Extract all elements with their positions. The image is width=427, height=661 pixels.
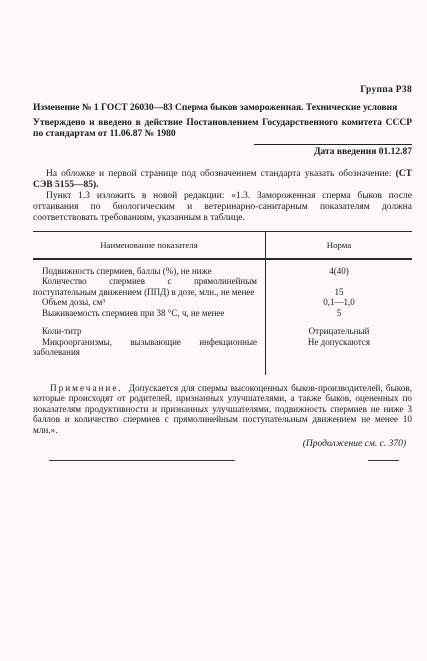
- row-value: 15: [266, 276, 412, 297]
- approval-statement: Утверждено и введено в действие Постанов…: [33, 118, 412, 140]
- table-row: Подвижность спермиев, баллы (%), не ниже…: [33, 260, 412, 277]
- row-value: 5: [266, 308, 412, 319]
- footer-rules: [33, 460, 412, 464]
- footer-rule-long: [49, 460, 235, 461]
- table-row: Объем дозы, см³ 0,1—1,0: [33, 297, 412, 308]
- table-row: Микроорганизмы, вызывающие инфекционные …: [33, 337, 412, 375]
- paragraph-clause-1-3: Пункт 1.3 изложить в новой редакции: «1.…: [33, 191, 412, 224]
- row-label: Подвижность спермиев, баллы (%), не ниже: [33, 260, 266, 277]
- page-content: Группа Р38 Изменение № 1 ГОСТ 26030—83 С…: [33, 85, 412, 464]
- row-value: Не допускаются: [266, 337, 412, 375]
- continuation-reference: (Продолжение см. с. 370): [33, 439, 412, 450]
- paragraph-designation: На обложке и первой странице под обознач…: [33, 169, 412, 191]
- paragraph-designation-text: На обложке и первой странице под обознач…: [46, 169, 396, 179]
- footer-rule-short: [368, 460, 399, 461]
- note-paragraph: Примечание.Допускается для спермы высоко…: [33, 383, 412, 436]
- scanned-document-page: Группа Р38 Изменение № 1 ГОСТ 26030—83 С…: [0, 0, 427, 661]
- column-header-norm: Норма: [266, 232, 412, 258]
- row-label: Количество спермиев с прямолинейным пост…: [33, 276, 266, 297]
- table-header-row: Наименование показателя Норма: [33, 232, 412, 260]
- row-value: Отрицательный: [266, 318, 412, 337]
- table-row: Коли-титр Отрицательный: [33, 318, 412, 337]
- row-label: Коли-титр: [33, 318, 266, 337]
- row-value-text: 15: [335, 287, 344, 298]
- row-label: Выживаемость спермиев при 38 °С, ч, не м…: [33, 308, 266, 319]
- group-label: Группа Р38: [33, 85, 412, 96]
- column-header-indicator: Наименование показателя: [33, 232, 266, 258]
- effective-date: Дата введения 01.12.87: [254, 144, 412, 158]
- table-row: Количество спермиев с прямолинейным пост…: [33, 276, 412, 297]
- table-row: Выживаемость спермиев при 38 °С, ч, не м…: [33, 308, 412, 319]
- row-label: Микроорганизмы, вызывающие инфекционные …: [33, 337, 266, 375]
- requirements-table: Наименование показателя Норма Подвижност…: [33, 231, 412, 375]
- row-value: 0,1—1,0: [266, 297, 412, 308]
- note-label: Примечание.: [50, 383, 123, 393]
- row-value: 4(40): [266, 260, 412, 277]
- table-body: Подвижность спермиев, баллы (%), не ниже…: [33, 260, 412, 375]
- row-label: Объем дозы, см³: [33, 297, 266, 308]
- amendment-title: Изменение № 1 ГОСТ 26030—83 Сперма быков…: [33, 103, 412, 114]
